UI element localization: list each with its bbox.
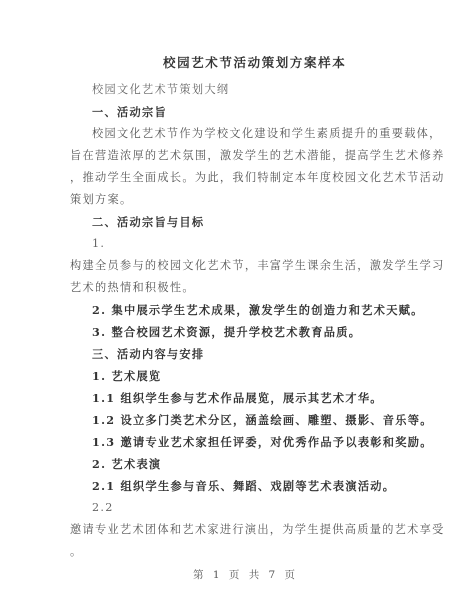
paragraph-line: ，推动学生全面成长。为此，我们特制定本年度校园文化艺术节活动 xyxy=(70,171,445,185)
list-item: 2.1 组织学生参与音乐、舞蹈、戏剧等艺术表演活动。 xyxy=(92,479,395,493)
list-item-line: 构建全员参与的校园文化艺术节，丰富学生课余生活，激发学生学习 xyxy=(70,259,445,273)
paragraph-line: 校园文化艺术节作为学校文化建设和学生素质提升的重要载体， xyxy=(92,127,442,141)
paragraph-line: 策划方案。 xyxy=(70,193,132,207)
list-item-line: 邀请专业艺术团体和艺术家进行演出，为学生提供高质量的艺术享受 xyxy=(70,523,445,537)
document-subtitle: 校园文化艺术节策划大纲 xyxy=(92,83,229,97)
list-item: 1.2 设立多门类艺术分区，涵盖绘画、雕塑、摄影、音乐等。 xyxy=(92,413,433,427)
list-item: 1.3 邀请专业艺术家担任评委，对优秀作品予以表彰和奖励。 xyxy=(92,435,433,449)
list-item: 1.1 组织学生参与艺术作品展览，展示其艺术才华。 xyxy=(92,391,383,405)
subsection-heading: 1. 艺术展览 xyxy=(92,369,161,383)
list-item-line: 。 xyxy=(70,545,83,559)
document-title: 校园艺术节活动策划方案样本 xyxy=(163,56,346,70)
list-item-number: 2.2 xyxy=(92,501,114,515)
paragraph-line: 旨在营造浓厚的艺术氛围，激发学生的艺术潜能，提高学生艺术修养 xyxy=(70,149,445,163)
section-heading-3: 三、活动内容与安排 xyxy=(92,347,204,361)
list-item: 2. 集中展示学生艺术成果，激发学生的创造力和艺术天赋。 xyxy=(92,303,424,317)
subsection-heading: 2. 艺术表演 xyxy=(92,457,161,471)
page-footer: 第 1 页 共 7 页 xyxy=(193,567,298,582)
section-heading-2: 二、活动宗旨与目标 xyxy=(92,215,204,229)
section-heading-1: 一、活动宗旨 xyxy=(92,105,167,119)
list-item-number: 1. xyxy=(92,237,105,251)
list-item: 3. 整合校园艺术资源，提升学校艺术教育品质。 xyxy=(92,325,361,339)
list-item-line: 艺术的热情和积极性。 xyxy=(70,281,195,295)
document-page: 校园艺术节活动策划方案样本 校园文化艺术节策划大纲 一、活动宗旨 校园文化艺术节… xyxy=(0,0,463,600)
